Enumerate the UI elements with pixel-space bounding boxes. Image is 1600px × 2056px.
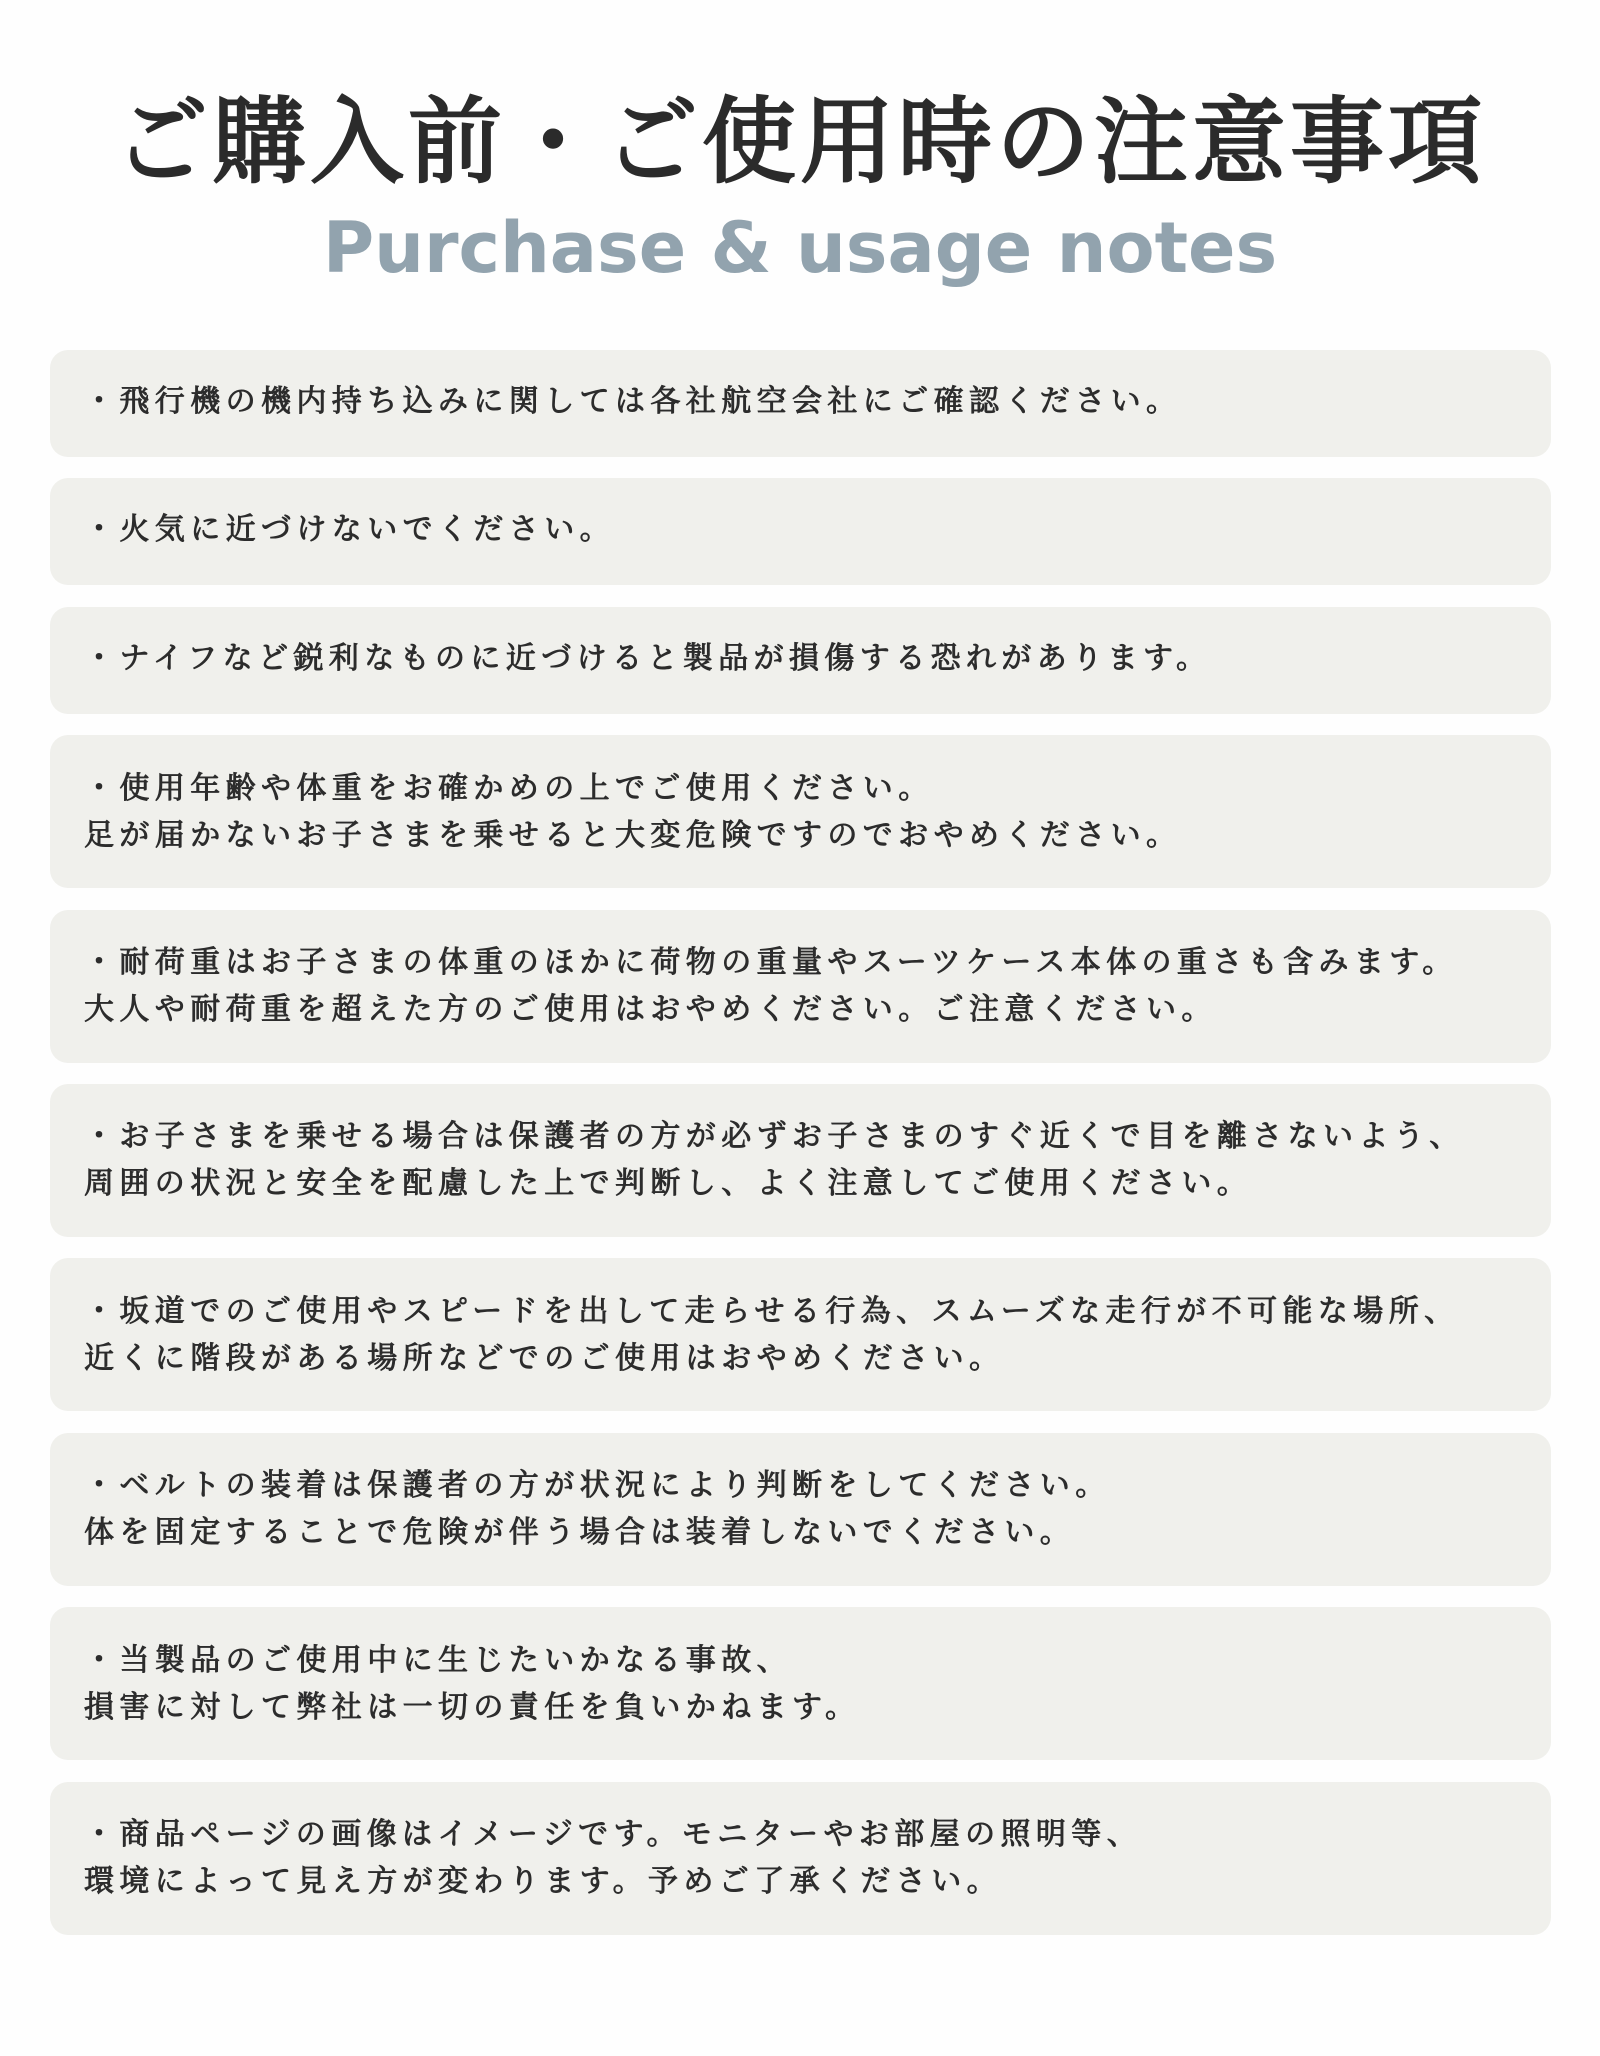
note-line: ・ナイフなど鋭利なものに近づけると製品が損傷する恐れがあります。 [84,635,1541,682]
note-line: ・当製品のご使用中に生じたいかなる事故、 [84,1637,1541,1684]
note-card-airplane: ・飛行機の機内持ち込みに関しては各社航空会社にご確認ください。 [50,350,1551,457]
note-card-liability: ・当製品のご使用中に生じたいかなる事故、 損害に対して弊社は一切の責任を負いかね… [50,1607,1551,1760]
note-line: ・坂道でのご使用やスピードを出して走らせる行為、スムーズな走行が不可能な場所、 [84,1288,1541,1335]
note-line: ・使用年齢や体重をお確かめの上でご使用ください。 [84,765,1541,812]
page-title: ご購入前・ご使用時の注意事項 [0,88,1600,198]
note-line: ・ベルトの装着は保護者の方が状況により判断をしてください。 [84,1462,1541,1509]
note-card-slopes-speed: ・坂道でのご使用やスピードを出して走らせる行為、スムーズな走行が不可能な場所、 … [50,1258,1551,1411]
note-line: 損害に対して弊社は一切の責任を負いかねます。 [84,1684,1541,1731]
note-line: ・耐荷重はお子さまの体重のほかに荷物の重量やスーツケース本体の重さも含みます。 [84,939,1541,986]
note-line: ・火気に近づけないでください。 [84,506,1541,553]
note-card-belt: ・ベルトの装着は保護者の方が状況により判断をしてください。 体を固定することで危… [50,1433,1551,1586]
note-card-supervision: ・お子さまを乗せる場合は保護者の方が必ずお子さまのすぐ近くで目を離さないよう、 … [50,1084,1551,1237]
note-card-age-weight: ・使用年齢や体重をお確かめの上でご使用ください。 足が届かないお子さまを乗せると… [50,735,1551,888]
note-line: 周囲の状況と安全を配慮した上で判断し、よく注意してご使用ください。 [84,1160,1541,1207]
note-card-fire: ・火気に近づけないでください。 [50,478,1551,585]
note-line: 近くに階段がある場所などでのご使用はおやめください。 [84,1335,1541,1382]
notes-list: ・飛行機の機内持ち込みに関しては各社航空会社にご確認ください。 ・火気に近づけな… [50,350,1551,1935]
note-card-sharp-objects: ・ナイフなど鋭利なものに近づけると製品が損傷する恐れがあります。 [50,607,1551,714]
note-line: 体を固定することで危険が伴う場合は装着しないでください。 [84,1509,1541,1556]
note-line: ・飛行機の機内持ち込みに関しては各社航空会社にご確認ください。 [84,378,1541,425]
note-line: ・商品ページの画像はイメージです。モニターやお部屋の照明等、 [84,1811,1541,1858]
note-line: ・お子さまを乗せる場合は保護者の方が必ずお子さまのすぐ近くで目を離さないよう、 [84,1113,1541,1160]
note-line: 環境によって見え方が変わります。予めご了承ください。 [84,1858,1541,1905]
note-line: 大人や耐荷重を超えた方のご使用はおやめください。ご注意ください。 [84,986,1541,1033]
note-card-image-disclaimer: ・商品ページの画像はイメージです。モニターやお部屋の照明等、 環境によって見え方… [50,1782,1551,1935]
note-line: 足が届かないお子さまを乗せると大変危険ですのでおやめください。 [84,812,1541,859]
page-subtitle: Purchase & usage notes [0,206,1600,290]
note-card-load-capacity: ・耐荷重はお子さまの体重のほかに荷物の重量やスーツケース本体の重さも含みます。 … [50,910,1551,1063]
